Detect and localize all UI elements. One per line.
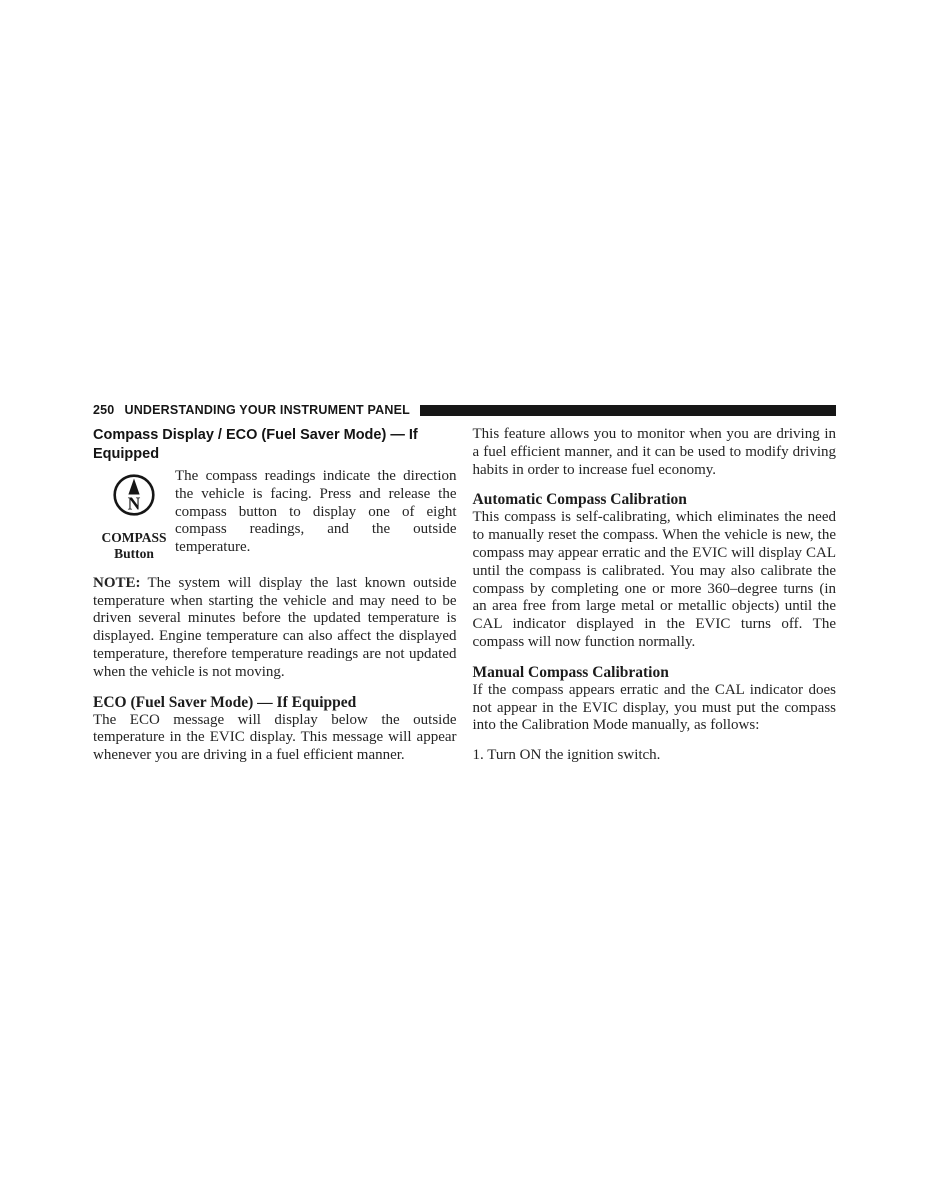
note-label: NOTE: [93,575,141,591]
header-rule [420,405,836,416]
section-heading-compass-display: Compass Display / ECO (Fuel Saver Mode) … [93,426,457,464]
note-text: The system will display the last known o… [93,575,457,680]
automatic-calibration-paragraph: This compass is self-calibrating, which … [473,509,837,651]
page-body: Compass Display / ECO (Fuel Saver Mode) … [93,426,836,777]
calibration-step-1: 1. Turn ON the ignition switch. [473,747,837,765]
figure-caption: COMPASS Button [93,530,175,562]
eco-feature-paragraph: This feature allows you to monitor when … [473,426,837,479]
compass-intro-paragraph: The compass readings indicate the direct… [175,468,457,562]
right-column: This feature allows you to monitor when … [473,426,837,777]
compass-north-icon: N [112,473,156,523]
compass-figure: N COMPASS Button [93,468,175,562]
note-paragraph: NOTE:The system will display the last kn… [93,575,457,682]
figure-caption-line1: COMPASS [93,530,175,546]
page-number: 250 [93,403,114,417]
compass-figure-row: N COMPASS Button The compass readings in… [93,468,457,562]
figure-caption-line2: Button [93,546,175,562]
sub-heading-manual-compass-calibration: Manual Compass Calibration [473,664,837,681]
compass-letter-n: N [128,494,141,514]
chapter-title: UNDERSTANDING YOUR INSTRUMENT PANEL [124,403,409,417]
manual-calibration-paragraph: If the compass appears erratic and the C… [473,682,837,735]
sub-heading-automatic-compass-calibration: Automatic Compass Calibration [473,491,837,508]
eco-paragraph: The ECO message will display below the o… [93,712,457,765]
sub-heading-eco: ECO (Fuel Saver Mode) — If Equipped [93,694,457,711]
left-column: Compass Display / ECO (Fuel Saver Mode) … [93,426,457,777]
manual-page: 250 UNDERSTANDING YOUR INSTRUMENT PANEL … [0,0,927,1200]
page-header: 250 UNDERSTANDING YOUR INSTRUMENT PANEL [93,403,836,417]
